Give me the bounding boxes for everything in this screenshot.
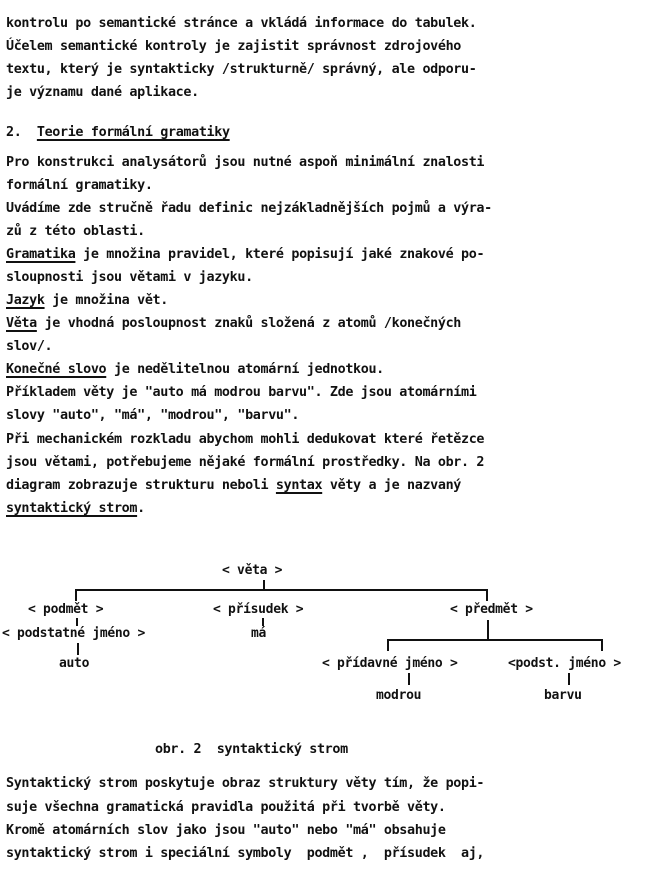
node-prisudek: < přísudek > [213,602,303,617]
text-line: Při mechanickém rozkladu abychom mohli d… [6,432,484,447]
text-span: diagram zobrazuje strukturu neboli [6,478,276,493]
definition-text: je množina pravidel, které popisují jaké… [75,247,484,262]
definition-konecne-slovo: Konečné slovo je nedělitelnou atomární j… [6,362,384,377]
node-veta: < věta > [222,563,282,578]
text-line: syntaktický strom. [6,501,145,516]
node-podmet: < podmět > [28,602,103,617]
connector [262,618,264,626]
text-line: slov/. [6,339,52,354]
term-syntax: syntax [276,478,322,493]
figure-caption: obr. 2 syntaktický strom [155,742,348,757]
connector [601,639,603,651]
connector [408,673,410,685]
definition-text: slov/. [6,339,52,354]
connector [75,589,77,601]
definition-veta: Věta je vhodná posloupnost znaků složená… [6,316,461,331]
text-line: diagram zobrazuje strukturu neboli synta… [6,478,461,493]
definition-term: Věta [6,316,37,331]
definition-term: Jazyk [6,293,45,308]
text-span: . [137,501,145,516]
text-line: zů z této oblasti. [6,224,145,239]
leaf-barvu: barvu [544,688,582,703]
connector [486,589,488,601]
definition-term: Gramatika [6,247,75,262]
connector [387,639,603,641]
section-number: 2. [6,125,21,140]
definition-text: je vhodná posloupnost znaků složená z at… [37,316,461,331]
text-line: je významu dané aplikace. [6,85,199,100]
connector [387,639,389,651]
text-line: syntaktický strom i speciální symboly po… [6,846,484,861]
node-podstatne-jmeno: < podstatné jméno > [2,626,145,641]
text-line: slovy "auto", "má", "modrou", "barvu". [6,408,299,423]
text-span: věty a je nazvaný [322,478,461,493]
definition-gramatika: Gramatika je množina pravidel, které pop… [6,247,484,262]
section-heading: 2. Teorie formální gramatiky [6,125,230,140]
definition-text: je nedělitelnou atomární jednotkou. [106,362,384,377]
connector [487,620,489,640]
text-line: Pro konstrukci analysátorů jsou nutné as… [6,155,484,170]
connector [77,643,79,655]
definition-text: je množina vět. [45,293,168,308]
definition-text: sloupnosti jsou větami v jazyku. [6,270,253,285]
node-pridavne-jmeno: < přídavné jméno > [322,656,457,671]
leaf-auto: auto [59,656,89,671]
text-line: textu, který je syntakticky /strukturně/… [6,62,476,77]
connector [568,673,570,685]
node-podst-jmeno: <podst. jméno > [508,656,621,671]
connector [76,618,78,626]
leaf-ma: má [251,626,266,641]
term-syntakticky-strom: syntaktický strom [6,501,137,516]
text-line: sloupnosti jsou větami v jazyku. [6,270,253,285]
text-line: Příkladem věty je "auto má modrou barvu"… [6,385,476,400]
definition-term: Konečné slovo [6,362,106,377]
section-title: Teorie formální gramatiky [37,125,230,140]
text-line: Kromě atomárních slov jako jsou "auto" n… [6,823,446,838]
text-line: kontrolu po semantické stránce a vkládá … [6,16,476,31]
definition-jazyk: Jazyk je množina vět. [6,293,168,308]
text-line: suje všechna gramatická pravidla použitá… [6,800,446,815]
text-line: Uvádíme zde stručně řadu definic nejzákl… [6,201,492,216]
connector [75,589,488,591]
text-line: Účelem semantické kontroly je zajistit s… [6,39,461,54]
text-line: Syntaktický strom poskytuje obraz strukt… [6,776,484,791]
leaf-modrou: modrou [376,688,421,703]
node-predmet: < předmět > [450,602,533,617]
text-line: jsou větami, potřebujeme nějaké formální… [6,455,484,470]
text-line: formální gramatiky. [6,178,153,193]
